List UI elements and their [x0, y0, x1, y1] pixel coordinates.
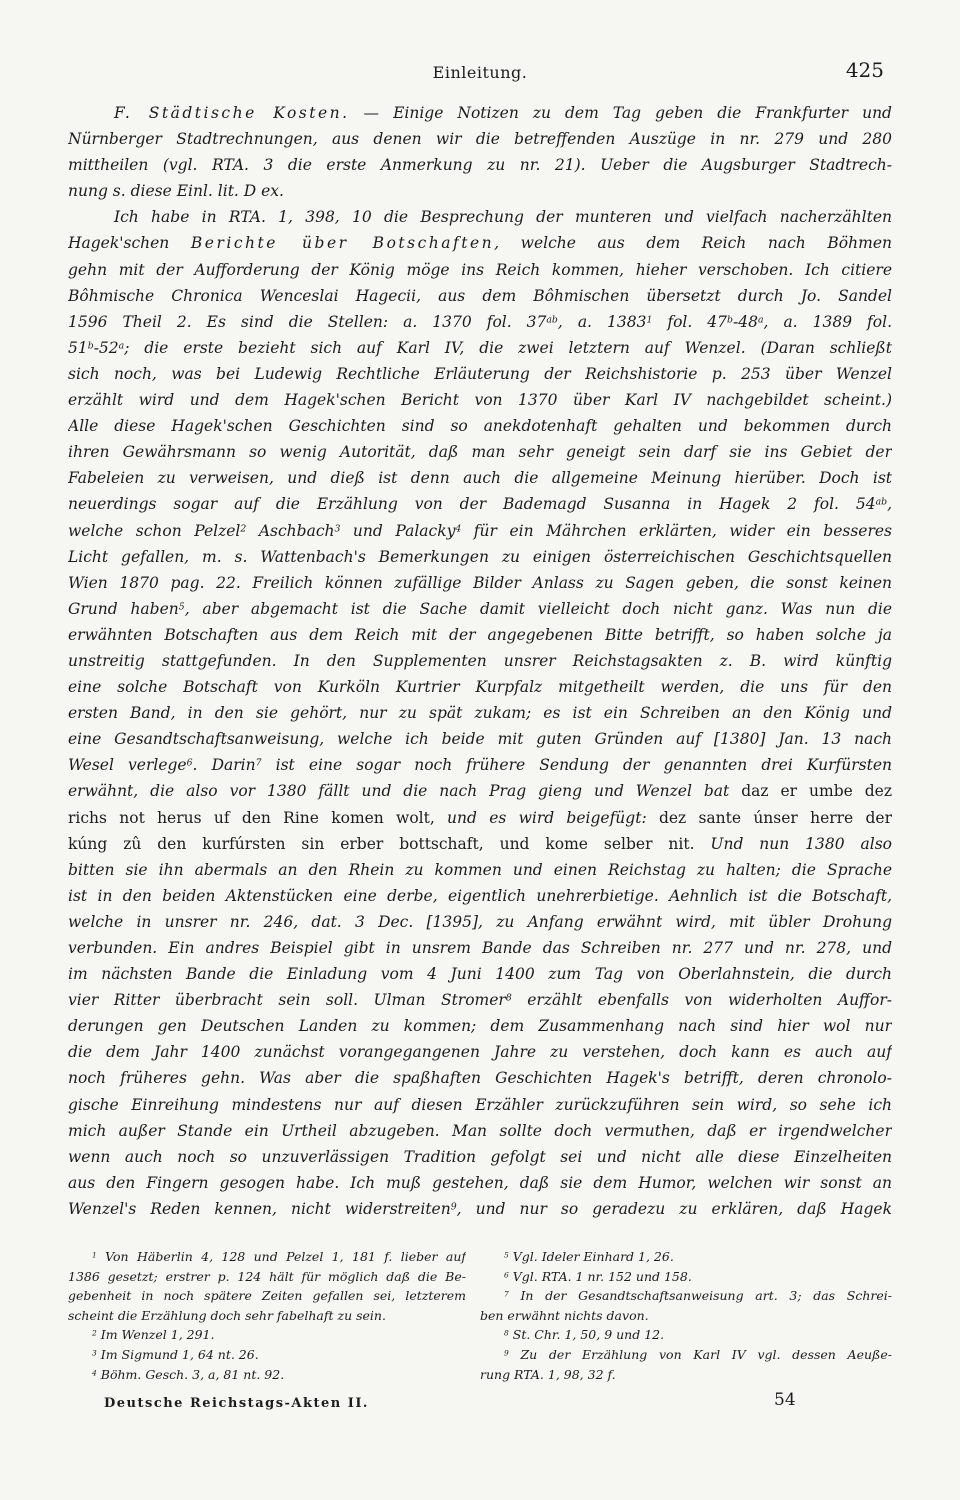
text-segment: eine solche Botschaft von Kurköln Kurtri…: [68, 678, 892, 696]
text-line: F. Städtische Kosten. — Einige Notizen z…: [68, 100, 892, 126]
text-line: 9 Zu der Erzählung von Karl IV vgl. dess…: [480, 1345, 892, 1365]
text-line: ersten Band, in den sie gehört, nur zu s…: [68, 700, 892, 726]
text-line: 6 Vgl. RTA. 1 nr. 152 und 158.: [480, 1267, 892, 1287]
text-segment: welche in unsrer nr. 246, dat. 3 Dec. [1…: [68, 913, 892, 931]
text-line: ihren Gewährsmann so wenig Autorität, da…: [68, 439, 892, 465]
text-line: nung s. diese Einl. lit. D ex.: [68, 178, 892, 204]
text-segment: Alle diese Hagek'schen Geschichten sind …: [68, 417, 892, 435]
text-segment: aus den Fingern gesogen habe. Ich muß ge…: [68, 1174, 892, 1192]
text-line: Wien 1870 pag. 22. Freilich können zufäl…: [68, 570, 892, 596]
text-line: 451386 gesetzt; erstrer p. 124 hält für …: [68, 1267, 466, 1287]
text-line: 1 Von Häberlin 4, 128 und Pelzel 1, 181 …: [68, 1247, 466, 1267]
text-segment: neuerdings sogar auf die Erzählung von d…: [68, 495, 876, 513]
text-segment: und Palacky: [340, 522, 455, 540]
text-segment: wenn auch noch so unzuverlässigen Tradit…: [68, 1148, 892, 1166]
text-line: 8 St. Chr. 1, 50, 9 und 12.: [480, 1325, 892, 1345]
text-segment: im nächsten Bande die Einladung vom 4 Ju…: [68, 965, 892, 983]
text-line: derungen gen Deutschen Landen zu kommen;…: [68, 1013, 892, 1039]
text-segment: , und nur so geradezu zu erklären, daß H…: [457, 1200, 892, 1218]
text-line: Hagek'schen Berichte über Botschaften, w…: [68, 230, 892, 256]
text-segment: F. Städtische Kosten.: [114, 104, 350, 122]
text-line: scheint die Erzählung doch sehr fabelhaf…: [68, 1306, 466, 1326]
text-line: welche in unsrer nr. 246, dat. 3 Dec. [1…: [68, 909, 892, 935]
text-segment: gebenheit in noch spätere Zeiten gefalle…: [68, 1288, 466, 1303]
text-segment: ist eine sogar noch frühere Sendung der …: [262, 756, 892, 774]
text-segment: gische Einreihung mindestens nur auf die…: [68, 1096, 892, 1114]
text-line: 5Ich habe in RTA. 1, 398, 10 die Besprec…: [68, 204, 892, 230]
text-segment: sich noch, was bei Ludewig Rechtliche Er…: [68, 365, 892, 383]
text-line: gebenheit in noch spätere Zeiten gefalle…: [68, 1286, 466, 1306]
text-segment: noch früheres gehn. Was aber die spaßhaf…: [68, 1069, 892, 1087]
text-line: rung RTA. 1, 98, 32 f.: [480, 1365, 892, 1385]
text-segment: Licht gefallen, m. s. Wattenbach's Bemer…: [68, 548, 892, 566]
text-line: Nürnberger Stadtrechnungen, aus denen wi…: [68, 126, 892, 152]
text-segment: dez sante únser herre der: [659, 809, 892, 827]
text-segment: , aber abgemacht ist die Sache damit vie…: [185, 600, 892, 618]
text-segment: ab: [546, 314, 558, 325]
text-segment: ; die erste bezieht sich auf Karl IV, di…: [124, 339, 892, 357]
text-line: 504 Böhm. Gesch. 3, a, 81 nt. 92.: [68, 1365, 466, 1385]
text-segment: nung s. diese Einl. lit. D ex.: [68, 182, 284, 200]
text-line: Alle diese Hagek'schen Geschichten sind …: [68, 413, 892, 439]
text-segment: , welche aus dem Reich nach Böhmen: [494, 234, 892, 252]
text-line: welche schon Pelzel2 Aschbach3 und Palac…: [68, 518, 892, 544]
text-line: 40mich außer Stande ein Urtheil abzugebe…: [68, 1118, 892, 1144]
footnotes-right-column: 5 Vgl. Ideler Einhard 1, 26.6 Vgl. RTA. …: [480, 1247, 892, 1384]
text-segment: Berichte über Botschaften: [191, 234, 494, 252]
text-segment: ihren Gewährsmann so wenig Autorität, da…: [68, 443, 892, 461]
text-segment: ben erwähnt nichts davon.: [480, 1308, 649, 1323]
text-line: ist in den beiden Aktenstücken eine derb…: [68, 883, 892, 909]
text-line: 20Grund haben5, aber abgemacht ist die S…: [68, 596, 892, 622]
text-line: noch früheres gehn. Was aber die spaßhaf…: [68, 1065, 892, 1091]
text-segment: bitten sie ihn abermals an den Rhein zu …: [68, 861, 892, 879]
text-segment: Von Häberlin 4, 128 und Pelzel 1, 181 f.…: [97, 1249, 466, 1264]
text-line: Wenzel's Reden kennen, nicht widerstreit…: [68, 1196, 892, 1222]
running-title: Einleitung.: [433, 63, 528, 82]
text-segment: Bôhmische Chronica Wenceslai Hagecii, au…: [68, 287, 892, 305]
scanned-book-page: Einleitung. 425 F. Städtische Kosten. — …: [0, 0, 960, 1500]
text-line: neuerdings sogar auf die Erzählung von d…: [68, 491, 892, 517]
text-segment: Zu der Erzählung von Karl IV vgl. dessen…: [509, 1347, 892, 1362]
text-line: 30bitten sie ihn abermals an den Rhein z…: [68, 857, 892, 883]
text-segment: In der Gesandtschaftsanweisung art. 3; d…: [509, 1288, 892, 1303]
text-line: im nächsten Bande die Einladung vom 4 Ju…: [68, 961, 892, 987]
text-segment: für ein Mährchen erklärten, wider ein be…: [461, 522, 892, 540]
text-line: erwähnten Botschaften aus dem Reich mit …: [68, 622, 892, 648]
text-line: 2 Im Wenzel 1, 291.: [68, 1325, 466, 1345]
text-segment: kúng zû den kurfúrsten sin erber bottsch…: [68, 835, 695, 853]
text-segment: , a. 1383: [558, 313, 647, 331]
text-segment: eine Gesandtschaftsanweisung, welche ich…: [68, 730, 892, 748]
text-segment: scheint die Erzählung doch sehr fabelhaf…: [68, 1308, 386, 1323]
text-segment: Nürnberger Stadtrechnungen, aus denen wi…: [68, 130, 892, 148]
text-line: ben erwähnt nichts davon.: [480, 1306, 892, 1326]
text-segment: vier Ritter überbracht sein soll. Ulman …: [68, 991, 506, 1009]
text-segment: derungen gen Deutschen Landen zu kommen;…: [68, 1017, 892, 1035]
text-segment: ist in den beiden Aktenstücken eine derb…: [68, 887, 892, 905]
text-segment: mittheilen (vgl. RTA. 3 die erste Anmerk…: [68, 156, 892, 174]
text-line: 7 In der Gesandtschaftsanweisung art. 3;…: [480, 1286, 892, 1306]
text-segment: Wenzel's Reden kennen, nicht widerstreit…: [68, 1200, 451, 1218]
text-segment: ersten Band, in den sie gehört, nur zu s…: [68, 704, 892, 722]
text-segment: erwähnt, die also vor 1380 fällt und die…: [68, 782, 741, 800]
text-line: gische Einreihung mindestens nur auf die…: [68, 1092, 892, 1118]
text-segment: St. Chr. 1, 50, 9 und 12.: [509, 1327, 664, 1342]
text-segment: erzählt wird und dem Hagek'schen Bericht…: [68, 391, 892, 409]
text-segment: , a. 1389 fol.: [764, 313, 892, 331]
text-segment: verbunden. Ein andres Beispiel gibt in u…: [68, 939, 892, 957]
text-segment: Im Wenzel 1, 291.: [97, 1327, 215, 1342]
text-segment: Hagek'schen: [68, 234, 191, 252]
text-line: sich noch, was bei Ludewig Rechtliche Er…: [68, 361, 892, 387]
text-line: gehn mit der Aufforderung der König möge…: [68, 257, 892, 283]
text-segment: unstreitig stattgefunden. In den Supplem…: [68, 652, 892, 670]
text-line: Licht gefallen, m. s. Wattenbach's Bemer…: [68, 544, 892, 570]
text-line: unstreitig stattgefunden. In den Supplem…: [68, 648, 892, 674]
text-segment: — Einige Notizen zu dem Tag geben die Fr…: [350, 104, 892, 122]
text-line: die dem Jahr 1400 zunächst vorangegangen…: [68, 1039, 892, 1065]
text-segment: ab: [876, 497, 888, 508]
text-segment: Böhm. Gesch. 3, a, 81 nt. 92.: [97, 1367, 284, 1382]
text-segment: daz er umbe dez: [741, 782, 892, 800]
text-segment: Vgl. RTA. 1 nr. 152 und 158.: [509, 1269, 692, 1284]
page-footer: Deutsche Reichstags-Akten II. 54: [68, 1392, 892, 1416]
text-line: mittheilen (vgl. RTA. 3 die erste Anmerk…: [68, 152, 892, 178]
text-line: 35vier Ritter überbracht sein soll. Ulma…: [68, 987, 892, 1013]
text-line: richs not herus uf den Rine komen wolt, …: [68, 805, 892, 831]
text-segment: erzählt ebenfalls von widerholten Auffor…: [512, 991, 892, 1009]
text-segment: Aschbach: [246, 522, 334, 540]
text-segment: Fabeleien zu verweisen, und dieß ist den…: [68, 469, 892, 487]
text-segment: richs not herus uf den Rine komen wolt,: [68, 809, 435, 827]
text-segment: 1386 gesetzt; erstrer p. 124 hält für mö…: [68, 1269, 466, 1284]
text-segment: welche schon Pelzel: [68, 522, 240, 540]
text-line: 15Fabeleien zu verweisen, und dieß ist d…: [68, 465, 892, 491]
text-line: 3 Im Sigmund 1, 64 nt. 26.: [68, 1345, 466, 1365]
text-line: 25eine Gesandtschaftsanweisung, welche i…: [68, 726, 892, 752]
footnotes-left-column: 1 Von Häberlin 4, 128 und Pelzel 1, 181 …: [68, 1247, 466, 1384]
text-segment: ,: [887, 495, 892, 513]
text-line: erwähnt, die also vor 1380 fällt und die…: [68, 778, 892, 804]
text-segment: 1596 Theil 2. Es sind die Stellen: a. 13…: [68, 313, 546, 331]
text-line: Wesel verlege6. Darin7 ist eine sogar no…: [68, 752, 892, 778]
text-segment: gehn mit der Aufforderung der König möge…: [68, 261, 892, 279]
text-segment: die dem Jahr 1400 zunächst vorangegangen…: [68, 1043, 892, 1061]
sheet-signature: 54: [774, 1390, 796, 1410]
text-line: eine solche Botschaft von Kurköln Kurtri…: [68, 674, 892, 700]
text-segment: Im Sigmund 1, 64 nt. 26.: [97, 1347, 259, 1362]
text-line: erzählt wird und dem Hagek'schen Bericht…: [68, 387, 892, 413]
text-segment: Ich habe in RTA. 1, 398, 10 die Besprech…: [114, 208, 892, 226]
text-line: 1051b-52a; die erste bezieht sich auf Ka…: [68, 335, 892, 361]
text-segment: fol. 47: [652, 313, 727, 331]
text-segment: Und nun 1380 also: [695, 835, 893, 853]
page-number: 425: [846, 58, 884, 82]
text-segment: 51: [68, 339, 88, 357]
text-line: aus den Fingern gesogen habe. Ich muß ge…: [68, 1170, 892, 1196]
text-segment: Wien 1870 pag. 22. Freilich können zufäl…: [68, 574, 892, 592]
text-segment: Wesel verlege: [68, 756, 187, 774]
text-segment: . Darin: [193, 756, 256, 774]
text-line: Bôhmische Chronica Wenceslai Hagecii, au…: [68, 283, 892, 309]
text-segment: und es wird beigefügt:: [435, 809, 659, 827]
text-segment: mich außer Stande ein Urtheil abzugeben.…: [68, 1122, 892, 1140]
text-segment: Grund haben: [68, 600, 179, 618]
text-line: verbunden. Ein andres Beispiel gibt in u…: [68, 935, 892, 961]
text-segment: -48: [733, 313, 758, 331]
text-segment: Vgl. Ideler Einhard 1, 26.: [509, 1249, 674, 1264]
text-line: 5 Vgl. Ideler Einhard 1, 26.: [480, 1247, 892, 1267]
text-segment: -52: [94, 339, 119, 357]
series-title: Deutsche Reichstags-Akten II.: [104, 1396, 369, 1411]
page-header: Einleitung. 425: [68, 60, 892, 86]
text-line: 1596 Theil 2. Es sind die Stellen: a. 13…: [68, 309, 892, 335]
main-text-block: F. Städtische Kosten. — Einige Notizen z…: [68, 100, 892, 1222]
text-line: wenn auch noch so unzuverlässigen Tradit…: [68, 1144, 892, 1170]
text-line: kúng zû den kurfúrsten sin erber bottsch…: [68, 831, 892, 857]
text-segment: erwähnten Botschaften aus dem Reich mit …: [68, 626, 892, 644]
text-segment: rung RTA. 1, 98, 32 f.: [480, 1367, 616, 1382]
